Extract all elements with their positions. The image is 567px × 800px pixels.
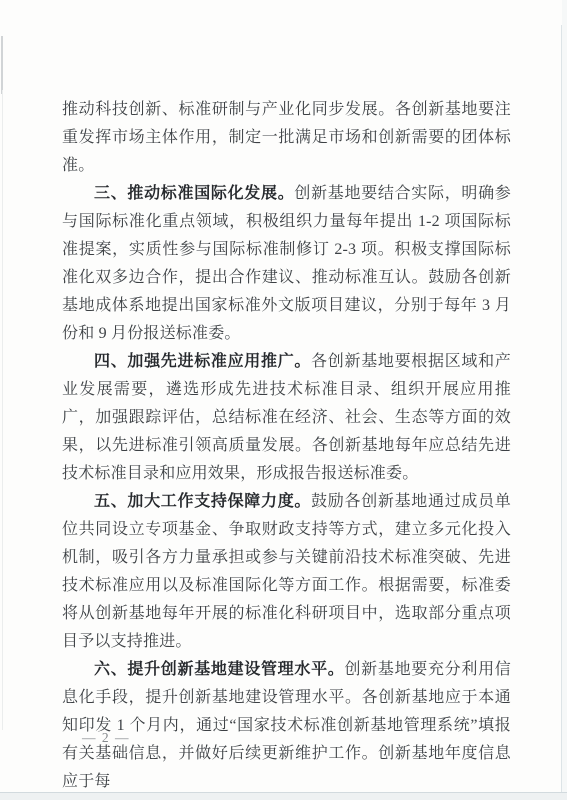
scan-edge-left-line	[2, 90, 3, 730]
section-4-heading: 四、加强先进标准应用推广。	[94, 353, 311, 370]
scan-edge-left-artifact	[1, 36, 3, 94]
section-5-heading: 五、加大工作支持保障力度。	[94, 493, 311, 510]
section-3-text: 创新基地要结合实际，明确参与国际标准化重点领域，积极组织力量每年提出 1-2 项…	[62, 185, 511, 342]
paragraph-continuation: 推动科技创新、标准研制与产业化同步发展。各创新基地要注重发挥市场主体作用，制定一…	[62, 96, 511, 180]
paragraph-continuation-text: 推动科技创新、标准研制与产业化同步发展。各创新基地要注重发挥市场主体作用，制定一…	[62, 101, 511, 174]
section-6-paragraph: 六、提升创新基地建设管理水平。创新基地要充分利用信息化手段，提升创新基地建设管理…	[62, 656, 511, 796]
section-5-paragraph: 五、加大工作支持保障力度。鼓励各创新基地通过成员单位共同设立专项基金、争取财政支…	[62, 488, 511, 656]
scan-edge-right-line	[561, 25, 562, 800]
document-body: 推动科技创新、标准研制与产业化同步发展。各创新基地要注重发挥市场主体作用，制定一…	[62, 96, 511, 796]
section-4-paragraph: 四、加强先进标准应用推广。各创新基地要根据区域和产业发展需要，遴选形成先进技术标…	[62, 348, 511, 488]
section-4-text: 各创新基地要根据区域和产业发展需要，遴选形成先进技术标准目录、组织开展应用推广，…	[62, 353, 511, 482]
page-number: — 2 —	[70, 730, 142, 746]
section-5-text: 鼓励各创新基地通过成员单位共同设立专项基金、争取财政支持等方式，建立多元化投入机…	[62, 493, 511, 650]
scan-edge-right-strip	[562, 0, 567, 800]
section-6-heading: 六、提升创新基地建设管理水平。	[94, 661, 344, 678]
section-3-heading: 三、推动标准国际化发展。	[94, 185, 294, 202]
section-3-paragraph: 三、推动标准国际化发展。创新基地要结合实际，明确参与国际标准化重点领域，积极组织…	[62, 180, 511, 348]
section-6-text: 创新基地要充分利用信息化手段，提升创新基地建设管理水平。各创新基地应于本通知印发…	[62, 661, 511, 790]
